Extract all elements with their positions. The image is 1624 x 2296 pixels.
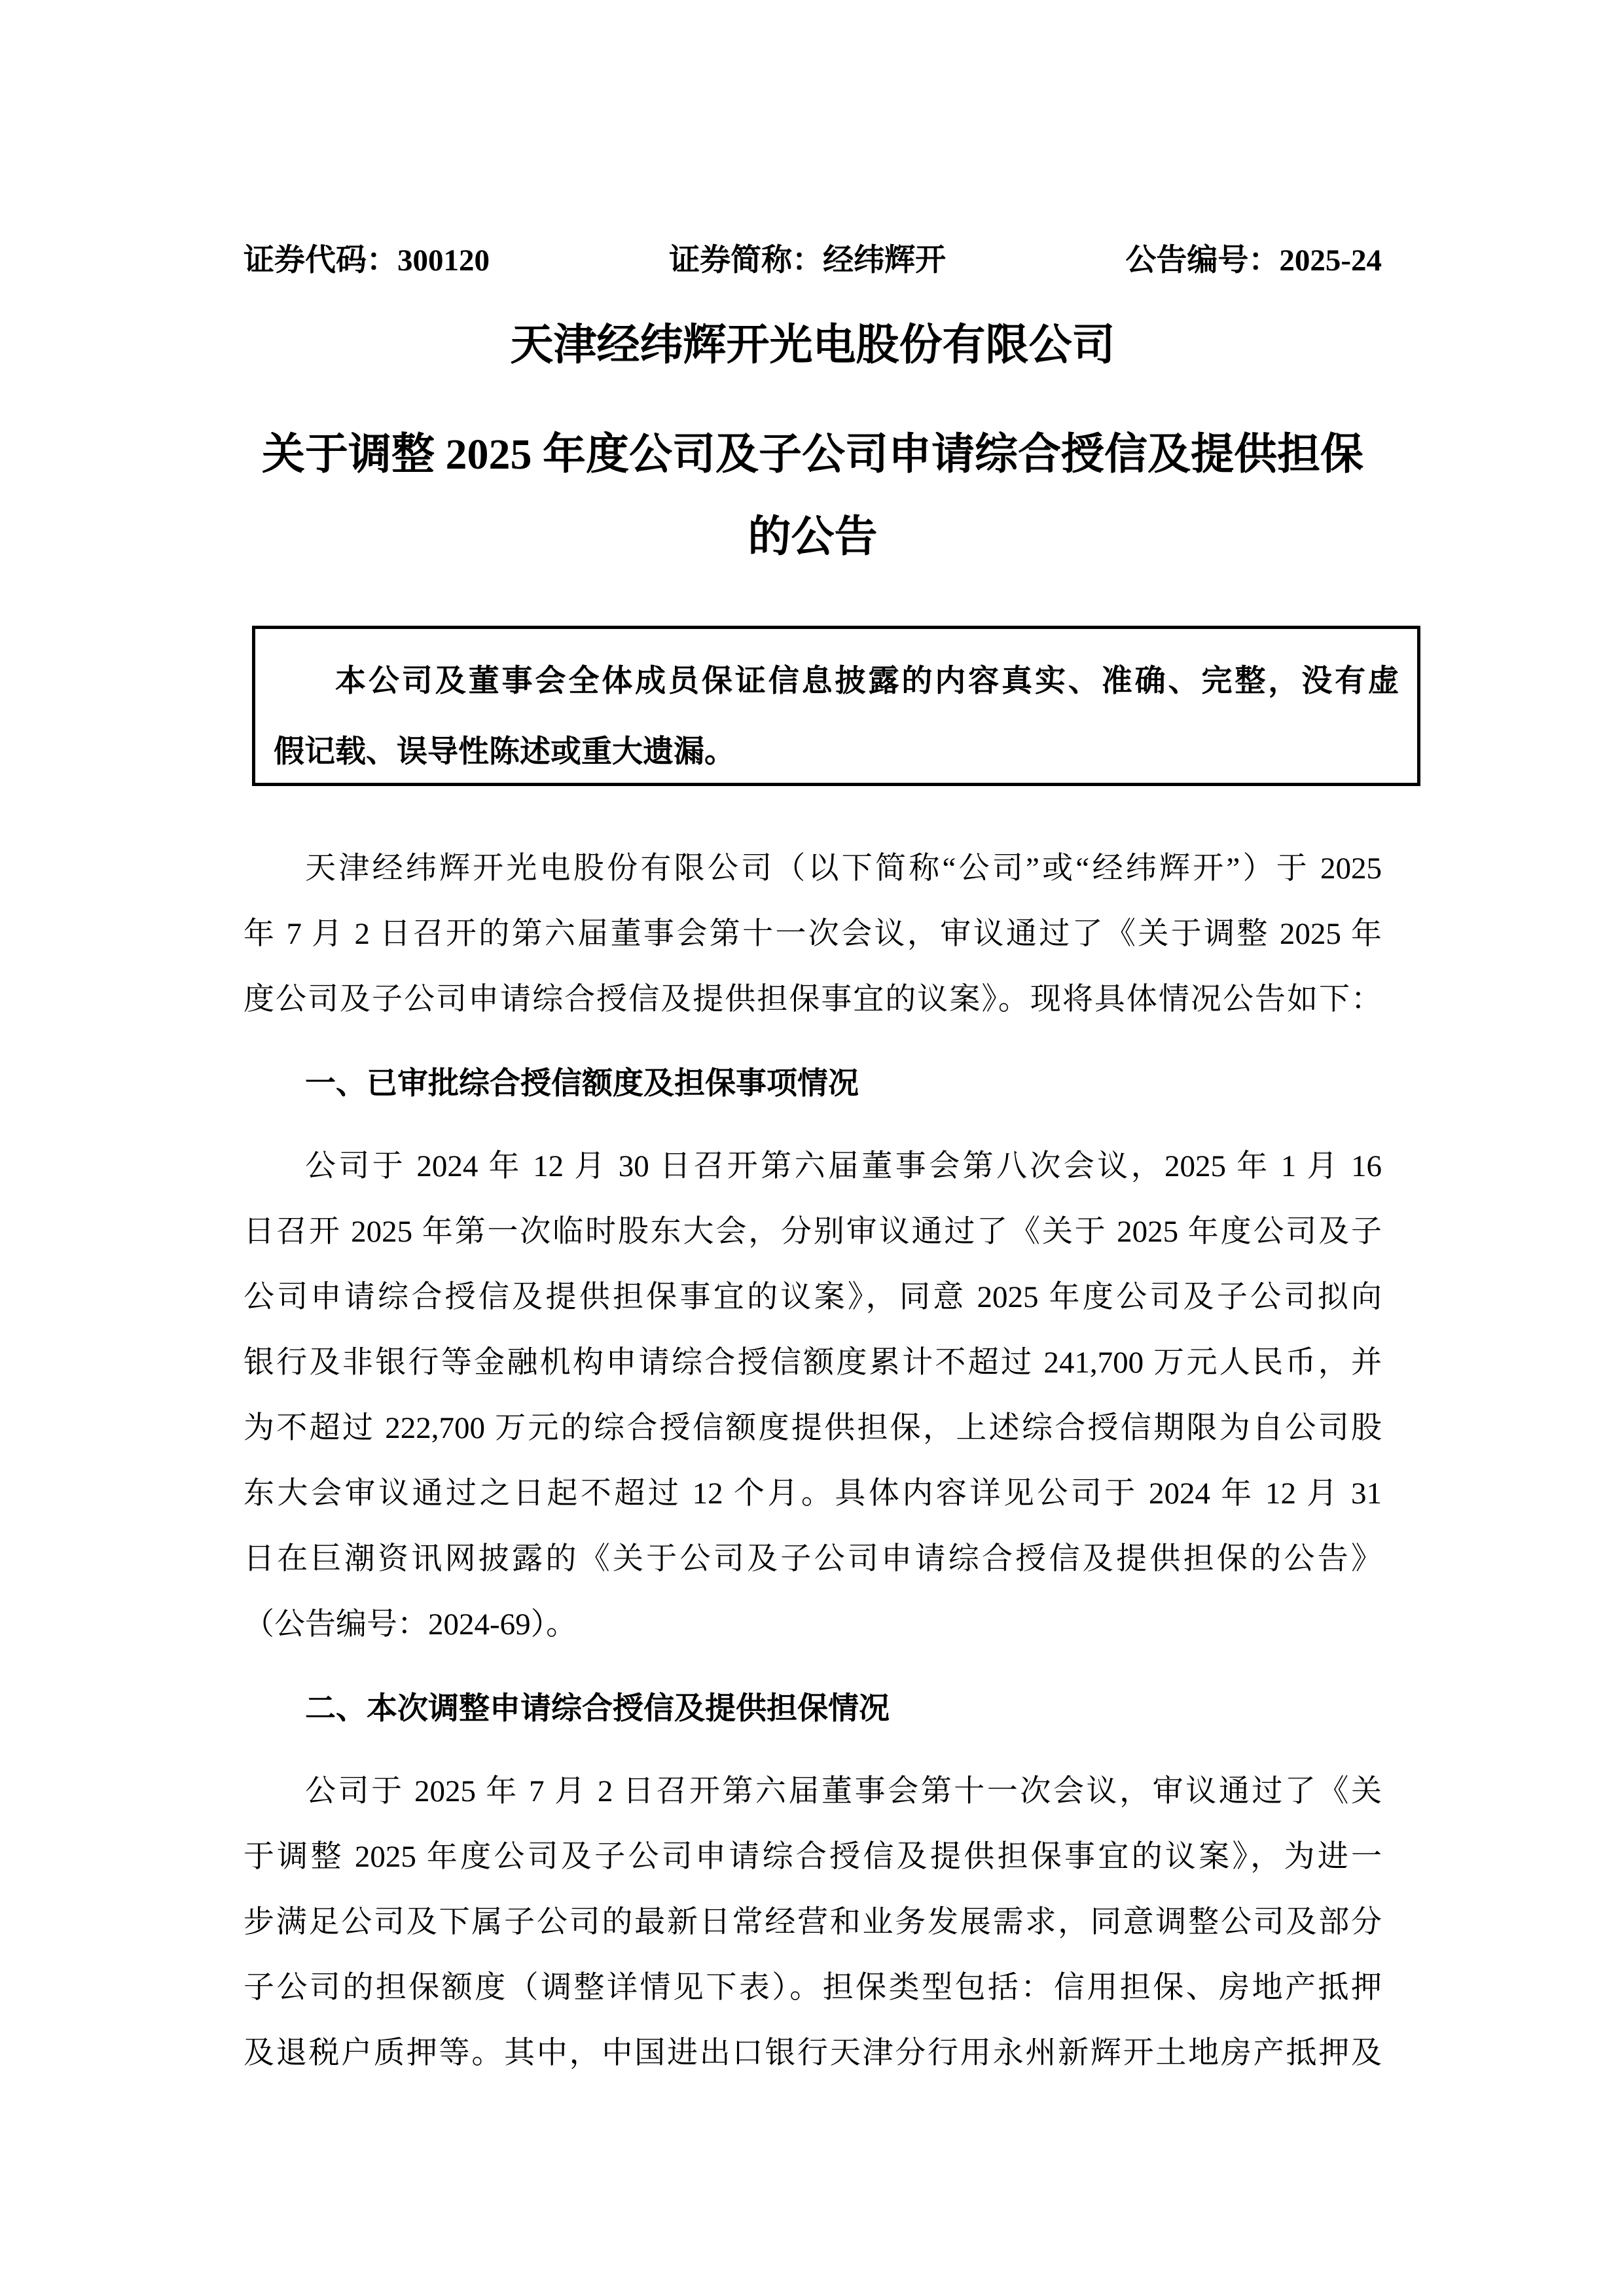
- announcement-number: 公告编号：2025-24: [1125, 241, 1382, 280]
- disclaimer-line: 本公司及董事会全体成员保证信息披露的内容真实、准确、完整，没有虚: [274, 646, 1399, 717]
- paragraph-2-line: 日召开 2025 年第一次临时股东大会，分别审议通过了《关于 2025 年度公司…: [244, 1199, 1382, 1265]
- section-heading-2: 二、本次调整申请综合授信及提供担保情况: [244, 1676, 1382, 1742]
- paragraph-1-line: 度公司及子公司申请综合授信及提供担保事宜的议案》。现将具体情况公告如下：: [244, 967, 1382, 1032]
- paragraph-2-line: 银行及非银行等金融机构申请综合授信额度累计不超过 241,700 万元人民币，并: [244, 1330, 1382, 1395]
- paragraph-1-line: 年 7 月 2 日召开的第六届董事会第十一次会议，审议通过了《关于调整 2025…: [244, 901, 1382, 967]
- paragraph-2-line: 公司申请综合授信及提供担保事宜的议案》，同意 2025 年度公司及子公司拟向: [244, 1265, 1382, 1330]
- paragraph-3-line: 步满足公司及下属子公司的最新日常经营和业务发展需求，同意调整公司及部分: [244, 1890, 1382, 1955]
- paragraph-3-line: 公司于 2025 年 7 月 2 日召开第六届董事会第十一次会议，审议通过了《关: [244, 1759, 1382, 1824]
- document-page: 证券代码：300120 证券简称：经纬辉开 公告编号：2025-24 天津经纬辉…: [0, 0, 1624, 2296]
- disclaimer-box: 本公司及董事会全体成员保证信息披露的内容真实、准确、完整，没有虚 假记载、误导性…: [252, 626, 1420, 786]
- stock-code: 证券代码：300120: [244, 241, 490, 280]
- paragraph-2-line: 为不超过 222,700 万元的综合授信额度提供担保，上述综合授信期限为自公司股: [244, 1395, 1382, 1461]
- paragraph-3-line: 子公司的担保额度（调整详情见下表）。担保类型包括：信用担保、房地产抵押: [244, 1955, 1382, 2020]
- document-header-row: 证券代码：300120 证券简称：经纬辉开 公告编号：2025-24: [244, 241, 1382, 280]
- paragraph-2-line: 公司于 2024 年 12 月 30 日召开第六届董事会第八次会议，2025 年…: [244, 1134, 1382, 1199]
- document-body: 天津经纬辉开光电股份有限公司（以下简称“公司”或“经纬辉开”）于 2025 年 …: [244, 836, 1382, 2086]
- announcement-title-line1: 关于调整 2025 年度公司及子公司申请综合授信及提供担保: [244, 414, 1382, 496]
- company-name-title: 天津经纬辉开光电股份有限公司: [244, 313, 1382, 378]
- section-heading-1: 一、已审批综合授信额度及担保事项情况: [244, 1051, 1382, 1117]
- announcement-title-line2: 的公告: [244, 496, 1382, 579]
- paragraph-2-line: 东大会审议通过之日起不超过 12 个月。具体内容详见公司于 2024 年 12 …: [244, 1461, 1382, 1526]
- disclaimer-line: 假记载、误导性陈述或重大遗漏。: [274, 717, 1399, 787]
- paragraph-3-line: 及退税户质押等。其中，中国进出口银行天津分行用永州新辉开土地房产抵押及: [244, 2020, 1382, 2086]
- paragraph-2-line: 日在巨潮资讯网披露的《关于公司及子公司申请综合授信及提供担保的公告》: [244, 1526, 1382, 1592]
- paragraph-3-line: 于调整 2025 年度公司及子公司申请综合授信及提供担保事宜的议案》，为进一: [244, 1824, 1382, 1890]
- paragraph-1-line: 天津经纬辉开光电股份有限公司（以下简称“公司”或“经纬辉开”）于 2025: [244, 836, 1382, 901]
- paragraph-2-line: （公告编号：2024-69）。: [244, 1592, 1382, 1657]
- stock-abbr: 证券简称：经纬辉开: [669, 241, 946, 280]
